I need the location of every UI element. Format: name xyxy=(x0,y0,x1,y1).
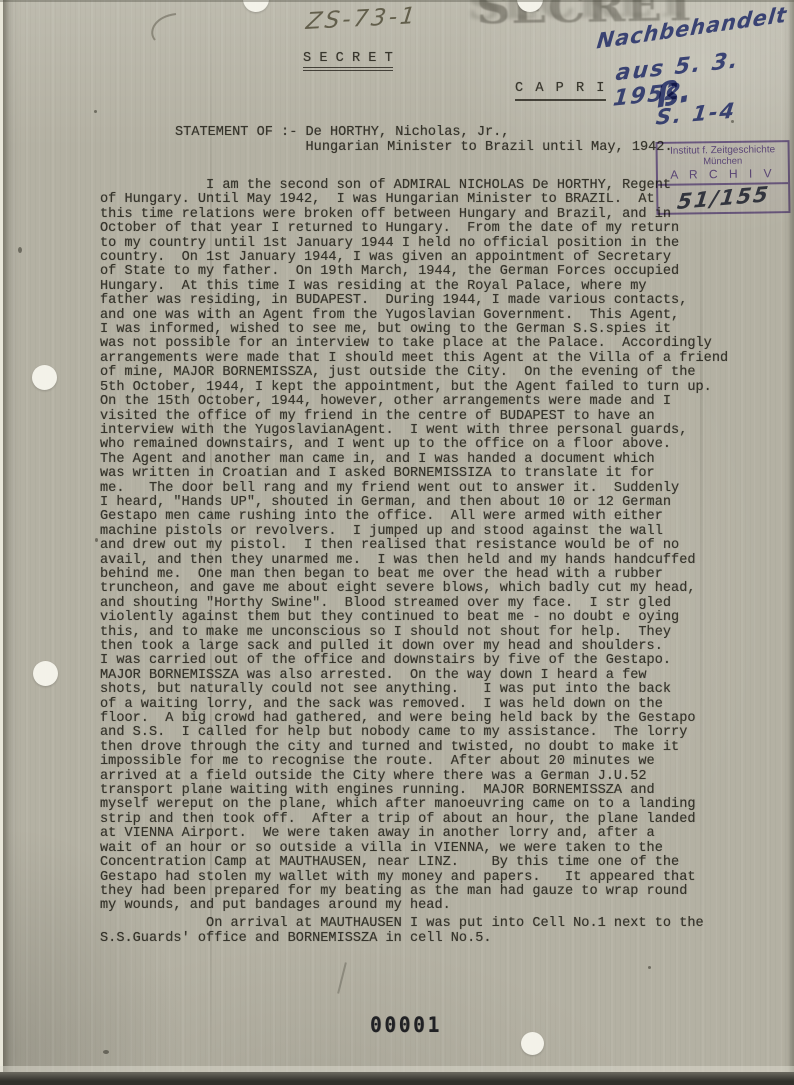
pencil-check-mark xyxy=(146,12,182,44)
dust-speck xyxy=(95,538,98,542)
punch-hole xyxy=(33,661,58,686)
capri-heading: C A P R I xyxy=(515,82,606,101)
archive-stamp-institute: Institut f. Zeitgeschichte xyxy=(658,142,788,157)
secret-classification-heading: S E C R E T xyxy=(303,52,393,71)
page-number-stamp: 00001 xyxy=(370,1013,442,1037)
pencil-reference-note: ZS-73-1 xyxy=(304,3,419,35)
statement-body-paragraph-1: I am the second son of ADMIRAL NICHOLAS … xyxy=(100,179,728,914)
statement-title-block: STATEMENT OF :- De HORTHY, Nicholas, Jr.… xyxy=(175,126,673,155)
dust-speck xyxy=(648,966,651,969)
scan-edge-bottom xyxy=(0,1072,794,1085)
scan-edge-right xyxy=(788,0,794,1085)
scan-edge-left-shadow xyxy=(3,0,10,1085)
vertical-crease xyxy=(700,150,703,950)
dust-speck xyxy=(103,1050,109,1054)
statement-body-paragraph-2: On arrival at MAUTHAUSEN I was put into … xyxy=(100,917,704,946)
dust-speck xyxy=(94,110,97,113)
punch-hole xyxy=(32,365,57,390)
punch-hole xyxy=(521,1032,544,1055)
dust-speck xyxy=(731,120,734,123)
vertical-crease xyxy=(210,0,212,1085)
scanned-document-page: SECRET ZS-73-1 Nachbehandelt aus 5. 3. 1… xyxy=(0,0,794,1085)
scan-edge-top xyxy=(0,0,794,2)
stray-pencil-slash xyxy=(337,962,347,994)
dust-speck xyxy=(18,247,22,253)
